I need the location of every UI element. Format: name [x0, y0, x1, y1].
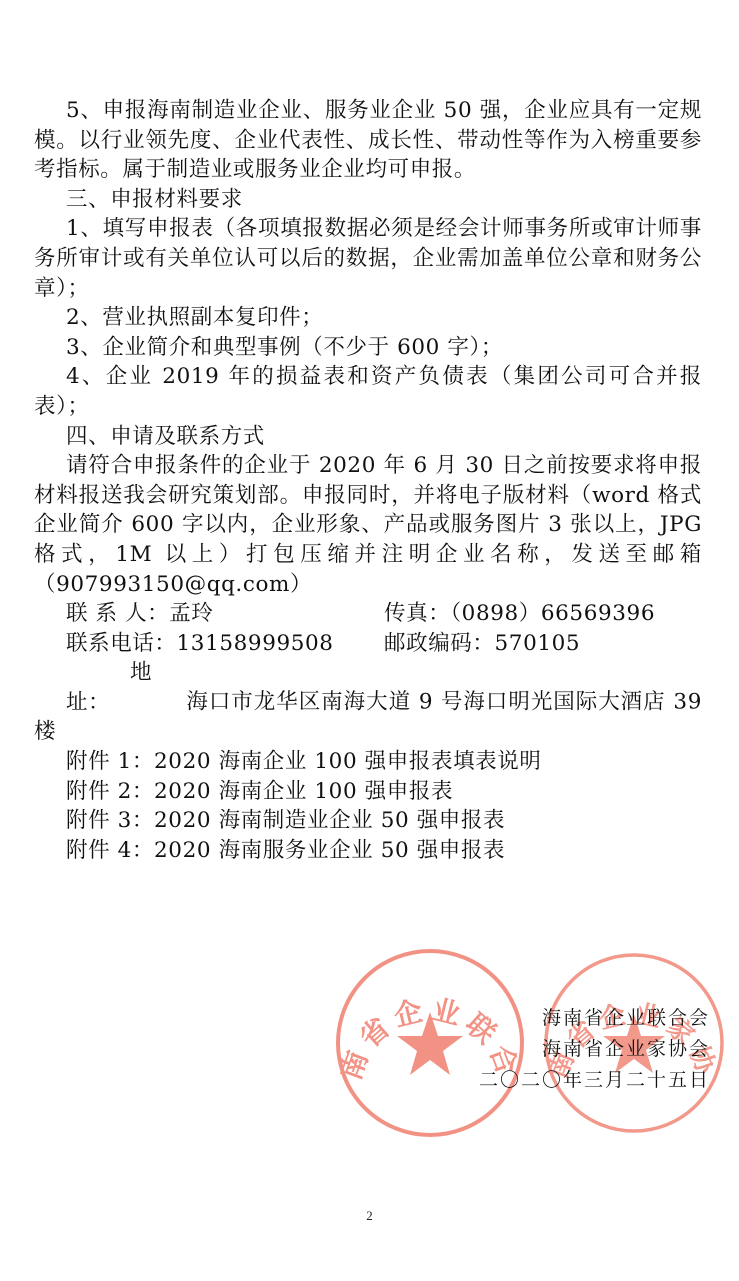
signature-date: 二〇二〇年三月二十五日 — [430, 1065, 710, 1096]
attachment-item-1: 附件 1：2020 海南企业 100 强申报表填表说明 — [66, 747, 702, 777]
contact-row-1: 联 系 人：孟玲 传真：（0898）66569396 — [66, 599, 702, 629]
section-heading-contact: 四、申请及联系方式 — [34, 422, 702, 452]
attachment-item-3: 附件 3：2020 海南制造业企业 50 强申报表 — [66, 806, 702, 836]
phone-value: 13158999508 — [177, 631, 334, 656]
attachment-item-2: 附件 2：2020 海南企业 100 强申报表 — [66, 777, 702, 807]
attachment-item-4: 附件 4：2020 海南服务业企业 50 强申报表 — [66, 836, 702, 866]
application-instructions: 请符合申报条件的企业于 2020 年 6 月 30 日之前按要求将申报材料报送我… — [34, 451, 702, 599]
signature-org-2: 海南省企业家协会 — [430, 1034, 710, 1065]
paragraph-item-5: 5、申报海南制造业企业、服务业企业 50 强，企业应具有一定规模。以行业领先度、… — [34, 96, 702, 185]
material-item-2: 2、营业执照副本复印件； — [34, 303, 702, 333]
fax-value: （0898）66569396 — [450, 601, 655, 626]
material-item-3: 3、企业简介和典型事例（不少于 600 字）； — [34, 333, 702, 363]
address-line: 地址：海口市龙华区南海大道 9 号海口明光国际大酒店 39 楼 — [34, 658, 702, 747]
postcode-value: 570105 — [495, 631, 581, 656]
signature-org-1: 海南省企业联合会 — [430, 1003, 710, 1034]
contact-person-label: 联 系 人： — [66, 601, 169, 626]
body-text: 5、申报海南制造业企业、服务业企业 50 强，企业应具有一定规模。以行业领先度、… — [34, 96, 702, 865]
document-page: 5、申报海南制造业企业、服务业企业 50 强，企业应具有一定规模。以行业领先度、… — [0, 0, 739, 1281]
postcode-label: 邮政编码： — [384, 631, 495, 656]
signature-block: 海南省企业联合会 海南省企业家协会 二〇二〇年三月二十五日 — [430, 1003, 710, 1096]
material-item-1: 1、填写申报表（各项填报数据必须是经会计师事务所或审计师事务所审计或有关单位认可… — [34, 214, 702, 303]
phone-label: 联系电话： — [66, 631, 177, 656]
page-number: 2 — [0, 1208, 739, 1224]
contact-row-2: 联系电话：13158999508 邮政编码：570105 — [66, 629, 702, 659]
fax-label: 传真： — [384, 601, 450, 626]
section-heading-materials: 三、申报材料要求 — [34, 185, 702, 215]
contact-person-value: 孟玲 — [169, 601, 213, 626]
address-label-1: 地 — [98, 658, 188, 688]
address-label-2: 址： — [66, 690, 110, 715]
material-item-4: 4、企业 2019 年的损益表和资产负债表（集团公司可合并报表）； — [34, 362, 702, 421]
